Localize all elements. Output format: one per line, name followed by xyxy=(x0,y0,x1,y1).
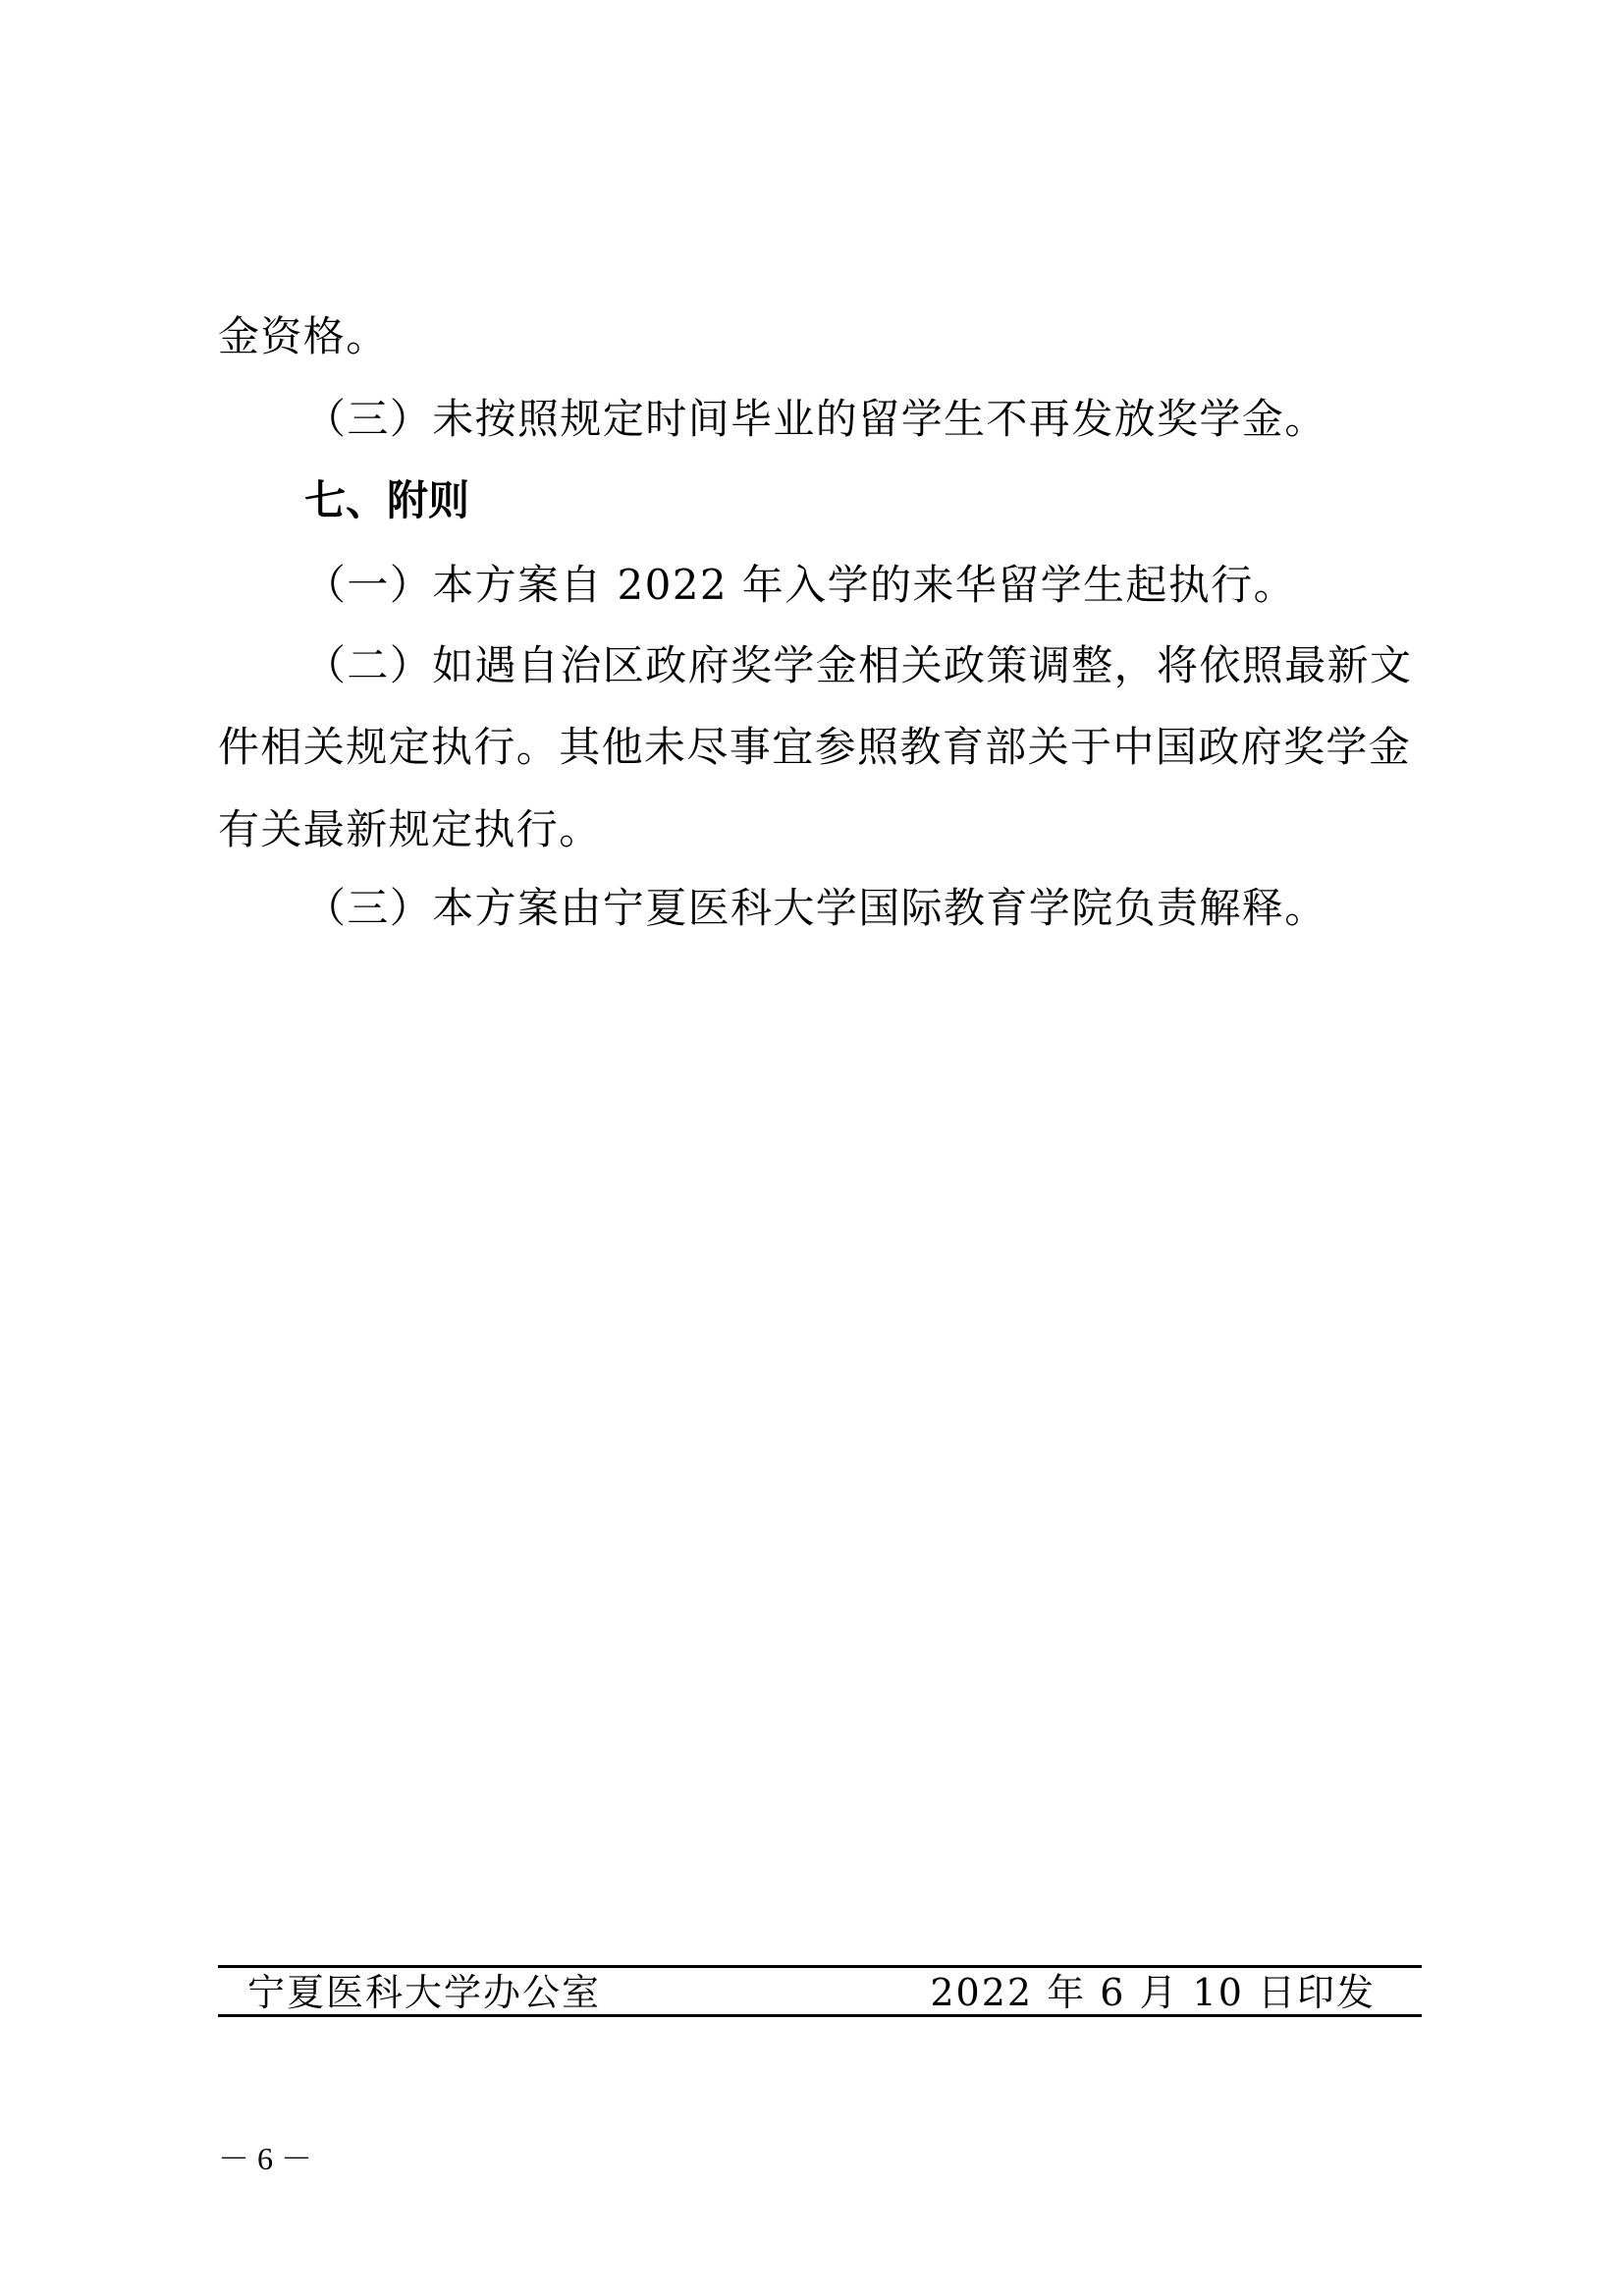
footer-issue-date: 2022 年 6 月 10 日印发 xyxy=(930,1970,1376,2015)
section-heading-appendix: 七、附则 xyxy=(304,476,1508,525)
paragraph-appendix-2-line-1: （二）如遇自治区政府奖学金相关政策调整，将依照最新文 xyxy=(304,641,1508,690)
paragraph-appendix-1: （一）本方案自 2022 年入学的来华留学生起执行。 xyxy=(304,561,1508,610)
footer-issuer: 宁夏医科大学办公室 xyxy=(247,1970,601,2015)
paragraph-appendix-2-line-3: 有关最新规定执行。 xyxy=(218,805,1422,854)
footer-bottom-rule xyxy=(218,2014,1422,2017)
page-number: － 6 － xyxy=(218,2141,312,2176)
footer-top-rule xyxy=(218,1965,1422,1968)
paragraph-appendix-3: （三）本方案由宁夏医科大学国际教育学院负责解释。 xyxy=(304,884,1508,933)
paragraph-appendix-2-line-2: 件相关规定执行。其他未尽事宜参照教育部关于中国政府奖学金 xyxy=(218,723,1422,772)
paragraph-continuation: 金资格。 xyxy=(218,312,1422,361)
document-page: 金资格。 （三）未按照规定时间毕业的留学生不再发放奖学金。 七、附则 （一）本方… xyxy=(0,0,1623,2296)
paragraph-item-3-no-scholarship: （三）未按照规定时间毕业的留学生不再发放奖学金。 xyxy=(304,395,1508,444)
